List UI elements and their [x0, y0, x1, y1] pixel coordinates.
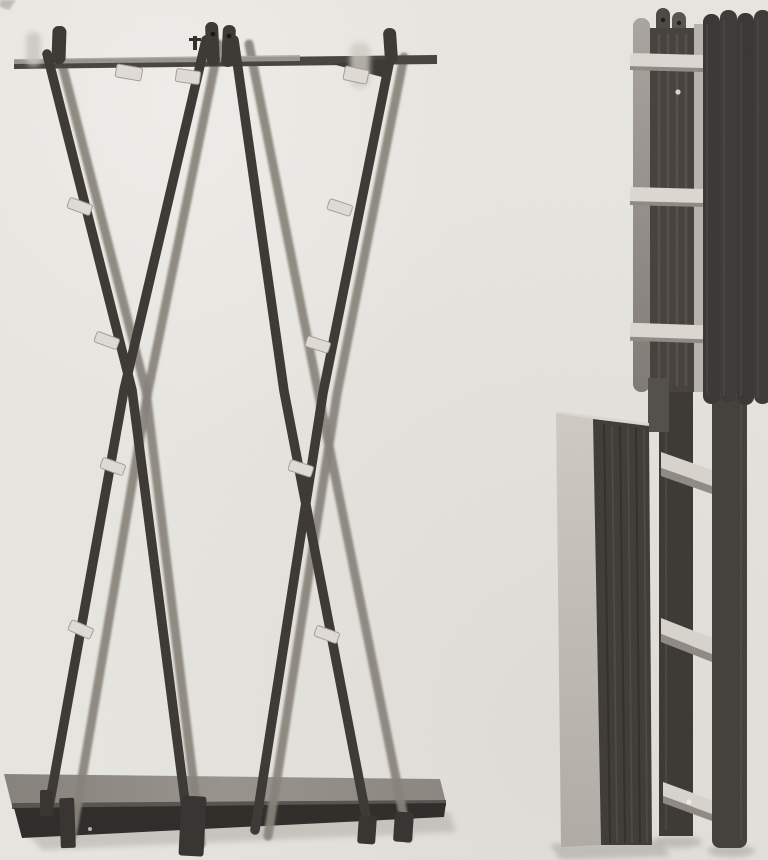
photo-grain-overlay [0, 0, 768, 860]
photo: Black-and-white photograph of a folding … [0, 0, 768, 860]
photo-canvas: Black-and-white photograph of a folding … [0, 0, 768, 860]
